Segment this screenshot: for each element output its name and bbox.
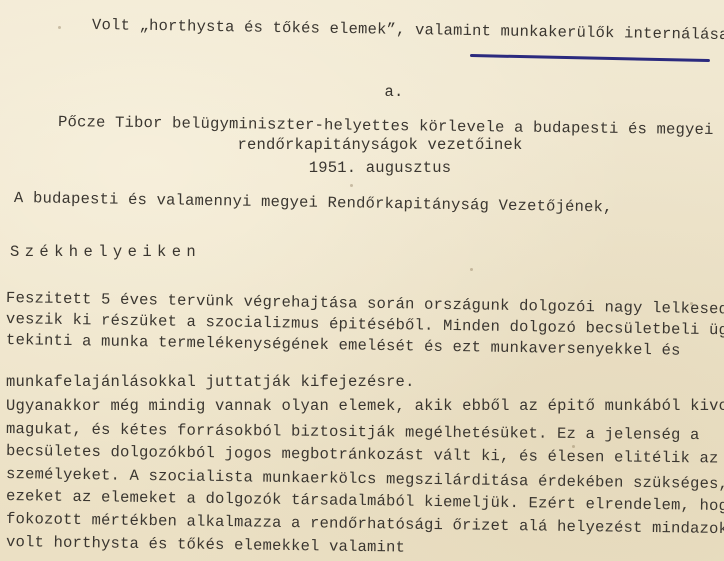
ink-underline <box>470 54 710 62</box>
paper-speck <box>58 26 61 29</box>
section-letter: a. <box>32 83 724 101</box>
title-underlined-phrase: munkakerülők internálása <box>500 22 724 44</box>
subtitle-line-2: rendőrkapitányságok vezetőinek <box>18 136 724 154</box>
document-title: Volt „horthysta és tőkés elemek”, valami… <box>92 16 724 44</box>
body-line: becsületes dolgozókból jogos megbotránko… <box>6 442 724 468</box>
paper-speck <box>470 268 473 271</box>
title-prefix: Volt „horthysta és tőkés elemek”, valami… <box>92 16 501 40</box>
document-page: Volt „horthysta és tőkés elemek”, valami… <box>0 0 724 561</box>
subtitle-date: 1951. augusztus <box>18 159 724 177</box>
location-line: Székhelyeiken <box>10 243 201 261</box>
paper-speck <box>350 184 353 187</box>
body-line: munkafelajánlásokkal juttatják kifejezés… <box>6 373 415 391</box>
salutation: A budapesti és valamennyi megyei Rendőrk… <box>14 189 613 216</box>
body-line: Ugyanakkor még mindig vannak olyan eleme… <box>6 397 724 415</box>
body-line: magukat, és kétes forrásokból biztositjá… <box>6 420 700 444</box>
body-line: volt horthysta és tőkés elemekkel valami… <box>6 533 405 557</box>
